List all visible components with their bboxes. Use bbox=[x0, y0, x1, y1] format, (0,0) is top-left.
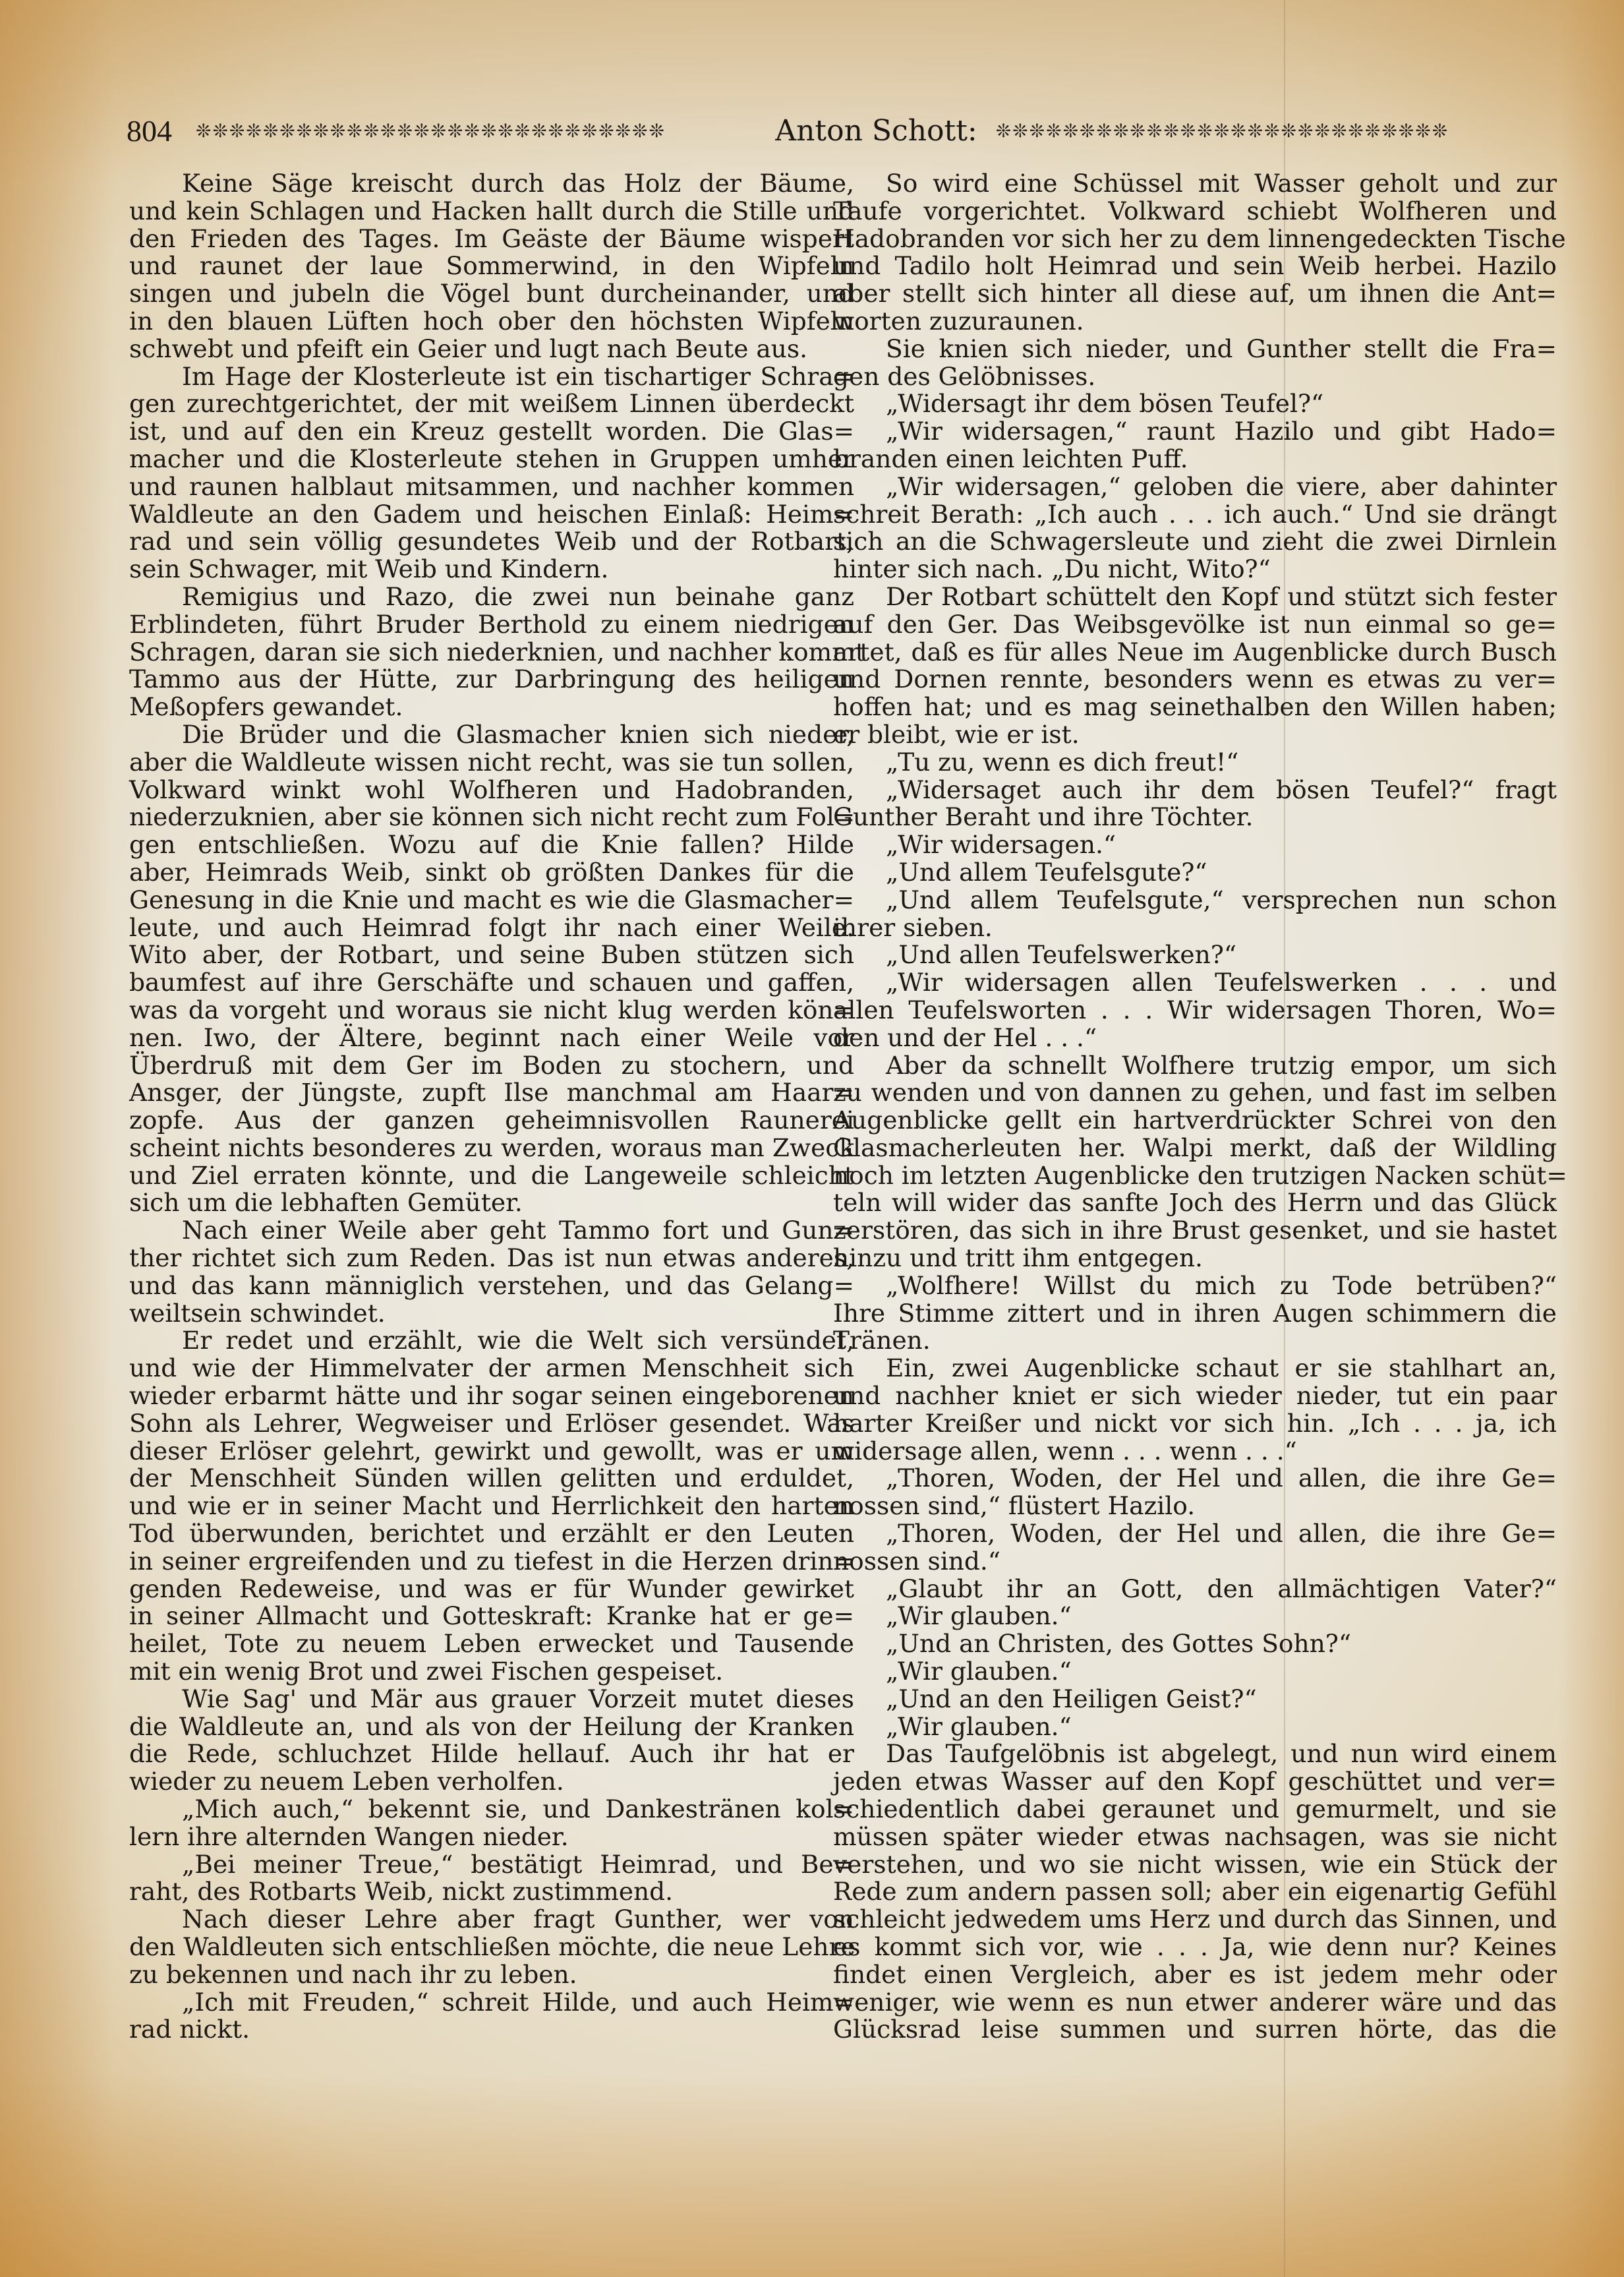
text-line: „Wir widersagen allen Teufelswerken . . … bbox=[833, 969, 1557, 997]
text-line: in seiner Allmacht und Gotteskraft: Kran… bbox=[129, 1603, 854, 1630]
text-line: Ihre Stimme zittert und in ihren Augen s… bbox=[833, 1300, 1557, 1328]
text-line: findet einen Vergleich, aber es ist jede… bbox=[833, 1961, 1557, 1989]
text-line: schiedentlich dabei geraunet und gemurme… bbox=[833, 1796, 1557, 1823]
text-line: Sohn als Lehrer, Wegweiser und Erlöser g… bbox=[129, 1410, 854, 1438]
text-line: weniger, wie wenn es nun etwer anderer w… bbox=[833, 1989, 1557, 2017]
text-line: aber stellt sich hinter all diese auf, u… bbox=[833, 280, 1557, 308]
text-line: „Und allem Teufelsgute?“ bbox=[833, 859, 1557, 887]
text-line: wieder zu neuem Leben verholfen. bbox=[129, 1768, 854, 1796]
text-line: scheint nichts besonderes zu werden, wor… bbox=[129, 1135, 854, 1162]
text-line: und raunen halblaut mitsammen, und nachh… bbox=[129, 473, 854, 501]
text-line: Volkward winkt wohl Wolfheren und Hadobr… bbox=[129, 777, 854, 804]
text-line: Nach einer Weile aber geht Tammo fort un… bbox=[129, 1217, 854, 1245]
text-line: „Widersagt ihr dem bösen Teufel?“ bbox=[833, 390, 1557, 418]
text-line: hinter sich nach. „Du nicht, Wito?“ bbox=[833, 556, 1557, 583]
text-line: in den blauen Lüften hoch ober den höchs… bbox=[129, 308, 854, 336]
text-line: Tammo aus der Hütte, zur Darbringung des… bbox=[129, 666, 854, 694]
text-line: Genesung in die Knie und macht es wie di… bbox=[129, 887, 854, 914]
text-line: weiltsein schwindet. bbox=[129, 1300, 854, 1328]
text-line: „Und an den Heiligen Geist?“ bbox=[833, 1686, 1557, 1713]
text-line: rad nickt. bbox=[129, 2016, 854, 2044]
text-line: hinzu und tritt ihm entgegen. bbox=[833, 1245, 1557, 1272]
page-number: 804 bbox=[127, 113, 172, 148]
text-line: Ein, zwei Augenblicke schaut er sie stah… bbox=[833, 1355, 1557, 1382]
text-line: und nachher kniet er sich wieder nieder,… bbox=[833, 1382, 1557, 1410]
text-line: „Bei meiner Treue,“ bestätigt Heimrad, u… bbox=[129, 1851, 854, 1879]
text-line: es kommt sich vor, wie . . . Ja, wie den… bbox=[833, 1934, 1557, 1961]
text-line: gen entschließen. Wozu auf die Knie fall… bbox=[129, 831, 854, 859]
text-line: und das kann männiglich verstehen, und d… bbox=[129, 1272, 854, 1300]
text-line: und Tadilo holt Heimrad und sein Weib he… bbox=[833, 252, 1557, 280]
text-line: singen und jubeln die Vögel bunt durchei… bbox=[129, 280, 854, 308]
text-line: Wito aber, der Rotbart, und seine Buben … bbox=[129, 941, 854, 969]
text-line: genden Redeweise, und was er für Wunder … bbox=[129, 1576, 854, 1603]
text-line: Nach dieser Lehre aber fragt Gunther, we… bbox=[129, 1906, 854, 1934]
text-line: gen des Gelöbnisses. bbox=[833, 363, 1557, 391]
text-line: und wie der Himmelvater der armen Mensch… bbox=[129, 1355, 854, 1382]
text-line: zu bekennen und nach ihr zu leben. bbox=[129, 1961, 854, 1989]
text-line: ist, und auf den ein Kreuz gestellt word… bbox=[129, 418, 854, 446]
text-line: nossen sind,“ flüstert Hazilo. bbox=[833, 1493, 1557, 1520]
text-line: Der Rotbart schüttelt den Kopf und stütz… bbox=[833, 583, 1557, 611]
text-line: schreit Berath: „Ich auch . . . ich auch… bbox=[833, 501, 1557, 529]
text-line: und kein Schlagen und Hacken hallt durch… bbox=[129, 198, 854, 225]
text-line: die Waldleute an, und als von der Heilun… bbox=[129, 1713, 854, 1741]
text-line: lern ihre alternden Wangen nieder. bbox=[129, 1823, 854, 1851]
text-line: „Wolfhere! Willst du mich zu Tode betrüb… bbox=[833, 1272, 1557, 1300]
text-line: teln will wider das sanfte Joch des Herr… bbox=[833, 1189, 1557, 1217]
text-line: die Rede, schluchzet Hilde hellauf. Auch… bbox=[129, 1740, 854, 1768]
text-line: gen zurechtgerichtet, der mit weißem Lin… bbox=[129, 390, 854, 418]
text-line: Remigius und Razo, die zwei nun beinahe … bbox=[129, 583, 854, 611]
text-line: „Und an Christen, des Gottes Sohn?“ bbox=[833, 1630, 1557, 1658]
text-line: und Ziel erraten könnte, und die Langewe… bbox=[129, 1162, 854, 1190]
text-line: Überdruß mit dem Ger im Boden zu stocher… bbox=[129, 1052, 854, 1080]
text-line: „Mich auch,“ bekennt sie, und Dankesträn… bbox=[129, 1796, 854, 1823]
running-header: 804 ❊❊❊❊❊❊❊❊❊❊❊❊❊❊❊❊❊❊❊❊❊❊❊❊❊❊❊❊ Anton S… bbox=[127, 111, 1557, 150]
text-line: Aber da schnellt Wolfhere trutzig empor,… bbox=[833, 1052, 1557, 1080]
text-line: mit ein wenig Brot und zwei Fischen gesp… bbox=[129, 1658, 854, 1686]
text-line: „Und allen Teufelswerken?“ bbox=[833, 941, 1557, 969]
text-line: sich an die Schwagersleute und zieht die… bbox=[833, 528, 1557, 556]
text-line: aber, Heimrads Weib, sinkt ob größten Da… bbox=[129, 859, 854, 887]
text-line: und raunet der laue Sommerwind, in den W… bbox=[129, 252, 854, 280]
text-line: Tränen. bbox=[833, 1327, 1557, 1355]
text-line: „Wir glauben.“ bbox=[833, 1658, 1557, 1686]
text-line: ihrer sieben. bbox=[833, 914, 1557, 942]
text-line: sein Schwager, mit Weib und Kindern. bbox=[129, 556, 854, 583]
text-line: verstehen, und wo sie nicht wissen, wie … bbox=[833, 1851, 1557, 1879]
text-line: Schragen, daran sie sich niederknien, un… bbox=[129, 639, 854, 666]
text-line: Das Taufgelöbnis ist abgelegt, und nun w… bbox=[833, 1740, 1557, 1768]
text-line: branden einen leichten Puff. bbox=[833, 446, 1557, 473]
text-line: „Thoren, Woden, der Hel und allen, die i… bbox=[833, 1520, 1557, 1548]
text-line: hoffen hat; und es mag seinethalben den … bbox=[833, 694, 1557, 721]
text-line: Erblindeten, führt Bruder Berthold zu ei… bbox=[129, 611, 854, 639]
text-line: Die Brüder und die Glasmacher knien sich… bbox=[129, 721, 854, 749]
right-text-column: So wird eine Schüssel mit Wasser geholt … bbox=[833, 170, 1557, 2044]
text-line: Er redet und erzählt, wie die Welt sich … bbox=[129, 1327, 854, 1355]
text-line: Ansger, der Jüngste, zupft Ilse manchmal… bbox=[129, 1079, 854, 1107]
text-line: dieser Erlöser gelehrt, gewirkt und gewo… bbox=[129, 1438, 854, 1465]
text-line: „Ich mit Freuden,“ schreit Hilde, und au… bbox=[129, 1989, 854, 2017]
text-line: „Wir glauben.“ bbox=[833, 1603, 1557, 1630]
text-line: zerstören, das sich in ihre Brust gesenk… bbox=[833, 1217, 1557, 1245]
text-line: rad und sein völlig gesundetes Weib und … bbox=[129, 528, 854, 556]
text-line: auf den Ger. Das Weibsgevölke ist nun ei… bbox=[833, 611, 1557, 639]
text-line: Gunther Beraht und ihre Töchter. bbox=[833, 804, 1557, 831]
text-line: in seiner ergreifenden und zu tiefest in… bbox=[129, 1548, 854, 1576]
text-line: zopfe. Aus der ganzen geheimnisvollen Ra… bbox=[129, 1107, 854, 1135]
text-line: „Tu zu, wenn es dich freut!“ bbox=[833, 749, 1557, 777]
text-line: allen Teufelsworten . . . Wir widersagen… bbox=[833, 997, 1557, 1024]
text-line: „Glaubt ihr an Gott, den allmächtigen Va… bbox=[833, 1576, 1557, 1603]
text-line: harter Kreißer und nickt vor sich hin. „… bbox=[833, 1410, 1557, 1438]
text-line: Im Hage der Klosterleute ist ein tischar… bbox=[129, 363, 854, 391]
text-line: nen. Iwo, der Ältere, beginnt nach einer… bbox=[129, 1024, 854, 1052]
text-line: müssen später wieder etwas nachsagen, wa… bbox=[833, 1823, 1557, 1851]
text-line: worten zuzuraunen. bbox=[833, 308, 1557, 336]
text-line: zu wenden und von dannen zu gehen, und f… bbox=[833, 1079, 1557, 1107]
text-line: den Frieden des Tages. Im Geäste der Bäu… bbox=[129, 225, 854, 253]
text-line: Tod überwunden, berichtet und erzählt er… bbox=[129, 1520, 854, 1548]
text-line: Keine Säge kreischt durch das Holz der B… bbox=[129, 170, 854, 198]
text-line: Wie Sag' und Mär aus grauer Vorzeit mute… bbox=[129, 1686, 854, 1713]
text-line: Glücksrad leise summen und surren hörte,… bbox=[833, 2016, 1557, 2044]
book-page: 804 ❊❊❊❊❊❊❊❊❊❊❊❊❊❊❊❊❊❊❊❊❊❊❊❊❊❊❊❊ Anton S… bbox=[0, 0, 1624, 2277]
text-line: leute, und auch Heimrad folgt ihr nach e… bbox=[129, 914, 854, 942]
author-running-head: Anton Schott: bbox=[775, 114, 977, 148]
ornament-rule-right-icon: ❊❊❊❊❊❊❊❊❊❊❊❊❊❊❊❊❊❊❊❊❊❊❊❊❊❊❊ bbox=[996, 120, 1557, 142]
text-line: artet, daß es für alles Neue im Augenbli… bbox=[833, 639, 1557, 666]
text-line: Sie knien sich nieder, und Gunther stell… bbox=[833, 336, 1557, 363]
text-line: den Waldleuten sich entschließen möchte,… bbox=[129, 1934, 854, 1961]
text-line: Rede zum andern passen soll; aber ein ei… bbox=[833, 1878, 1557, 1906]
text-line: Taufe vorgerichtet. Volkward schiebt Wol… bbox=[833, 198, 1557, 225]
text-line: und wie er in seiner Macht und Herrlichk… bbox=[129, 1493, 854, 1520]
text-line: was da vorgeht und woraus sie nicht klug… bbox=[129, 997, 854, 1024]
text-line: Waldleute an den Gadem und heischen Einl… bbox=[129, 501, 854, 529]
text-line: niederzuknien, aber sie können sich nich… bbox=[129, 804, 854, 831]
text-line: heilet, Tote zu neuem Leben erwecket und… bbox=[129, 1630, 854, 1658]
text-line: jeden etwas Wasser auf den Kopf geschütt… bbox=[833, 1768, 1557, 1796]
text-line: „Wir widersagen,“ geloben die viere, abe… bbox=[833, 473, 1557, 501]
text-line: „Wir glauben.“ bbox=[833, 1713, 1557, 1741]
text-line: Glasmacherleuten her. Walpi merkt, daß d… bbox=[833, 1135, 1557, 1162]
text-line: der Menschheit Sünden willen gelitten un… bbox=[129, 1465, 854, 1493]
text-line: widersage allen, wenn . . . wenn . . .“ bbox=[833, 1438, 1557, 1465]
text-line: Augenblicke gellt ein hartverdrückter Sc… bbox=[833, 1107, 1557, 1135]
text-line: raht, des Rotbarts Weib, nickt zustimmen… bbox=[129, 1878, 854, 1906]
text-line: wieder erbarmt hätte und ihr sogar seine… bbox=[129, 1382, 854, 1410]
text-line: nossen sind.“ bbox=[833, 1548, 1557, 1576]
text-line: „Wir widersagen,“ raunt Hazilo und gibt … bbox=[833, 418, 1557, 446]
text-line: „Wir widersagen.“ bbox=[833, 831, 1557, 859]
text-line: „Thoren, Woden, der Hel und allen, die i… bbox=[833, 1465, 1557, 1493]
text-line: baumfest auf ihre Gerschäfte und schauen… bbox=[129, 969, 854, 997]
text-line: sich um die lebhaften Gemüter. bbox=[129, 1189, 854, 1217]
text-line: Meßopfers gewandet. bbox=[129, 694, 854, 721]
text-line: schwebt und pfeift ein Geier und lugt na… bbox=[129, 336, 854, 363]
left-text-column: Keine Säge kreischt durch das Holz der B… bbox=[129, 170, 854, 2044]
text-line: schleicht jedwedem ums Herz und durch da… bbox=[833, 1906, 1557, 1934]
text-line: den und der Hel . . .“ bbox=[833, 1024, 1557, 1052]
text-line: er bleibt, wie er ist. bbox=[833, 721, 1557, 749]
text-line: „Und allem Teufelsgute,“ versprechen nun… bbox=[833, 887, 1557, 914]
text-line: So wird eine Schüssel mit Wasser geholt … bbox=[833, 170, 1557, 198]
text-line: noch im letzten Augenblicke den trutzige… bbox=[833, 1162, 1557, 1190]
text-line: und Dornen rennte, besonders wenn es etw… bbox=[833, 666, 1557, 694]
ornament-rule-left-icon: ❊❊❊❊❊❊❊❊❊❊❊❊❊❊❊❊❊❊❊❊❊❊❊❊❊❊❊❊ bbox=[196, 120, 757, 142]
text-line: macher und die Klosterleute stehen in Gr… bbox=[129, 446, 854, 473]
text-line: ther richtet sich zum Reden. Das ist nun… bbox=[129, 1245, 854, 1272]
text-line: Hadobranden vor sich her zu dem linnenge… bbox=[833, 225, 1557, 253]
text-line: „Widersaget auch ihr dem bösen Teufel?“ … bbox=[833, 777, 1557, 804]
text-line: aber die Waldleute wissen nicht recht, w… bbox=[129, 749, 854, 777]
